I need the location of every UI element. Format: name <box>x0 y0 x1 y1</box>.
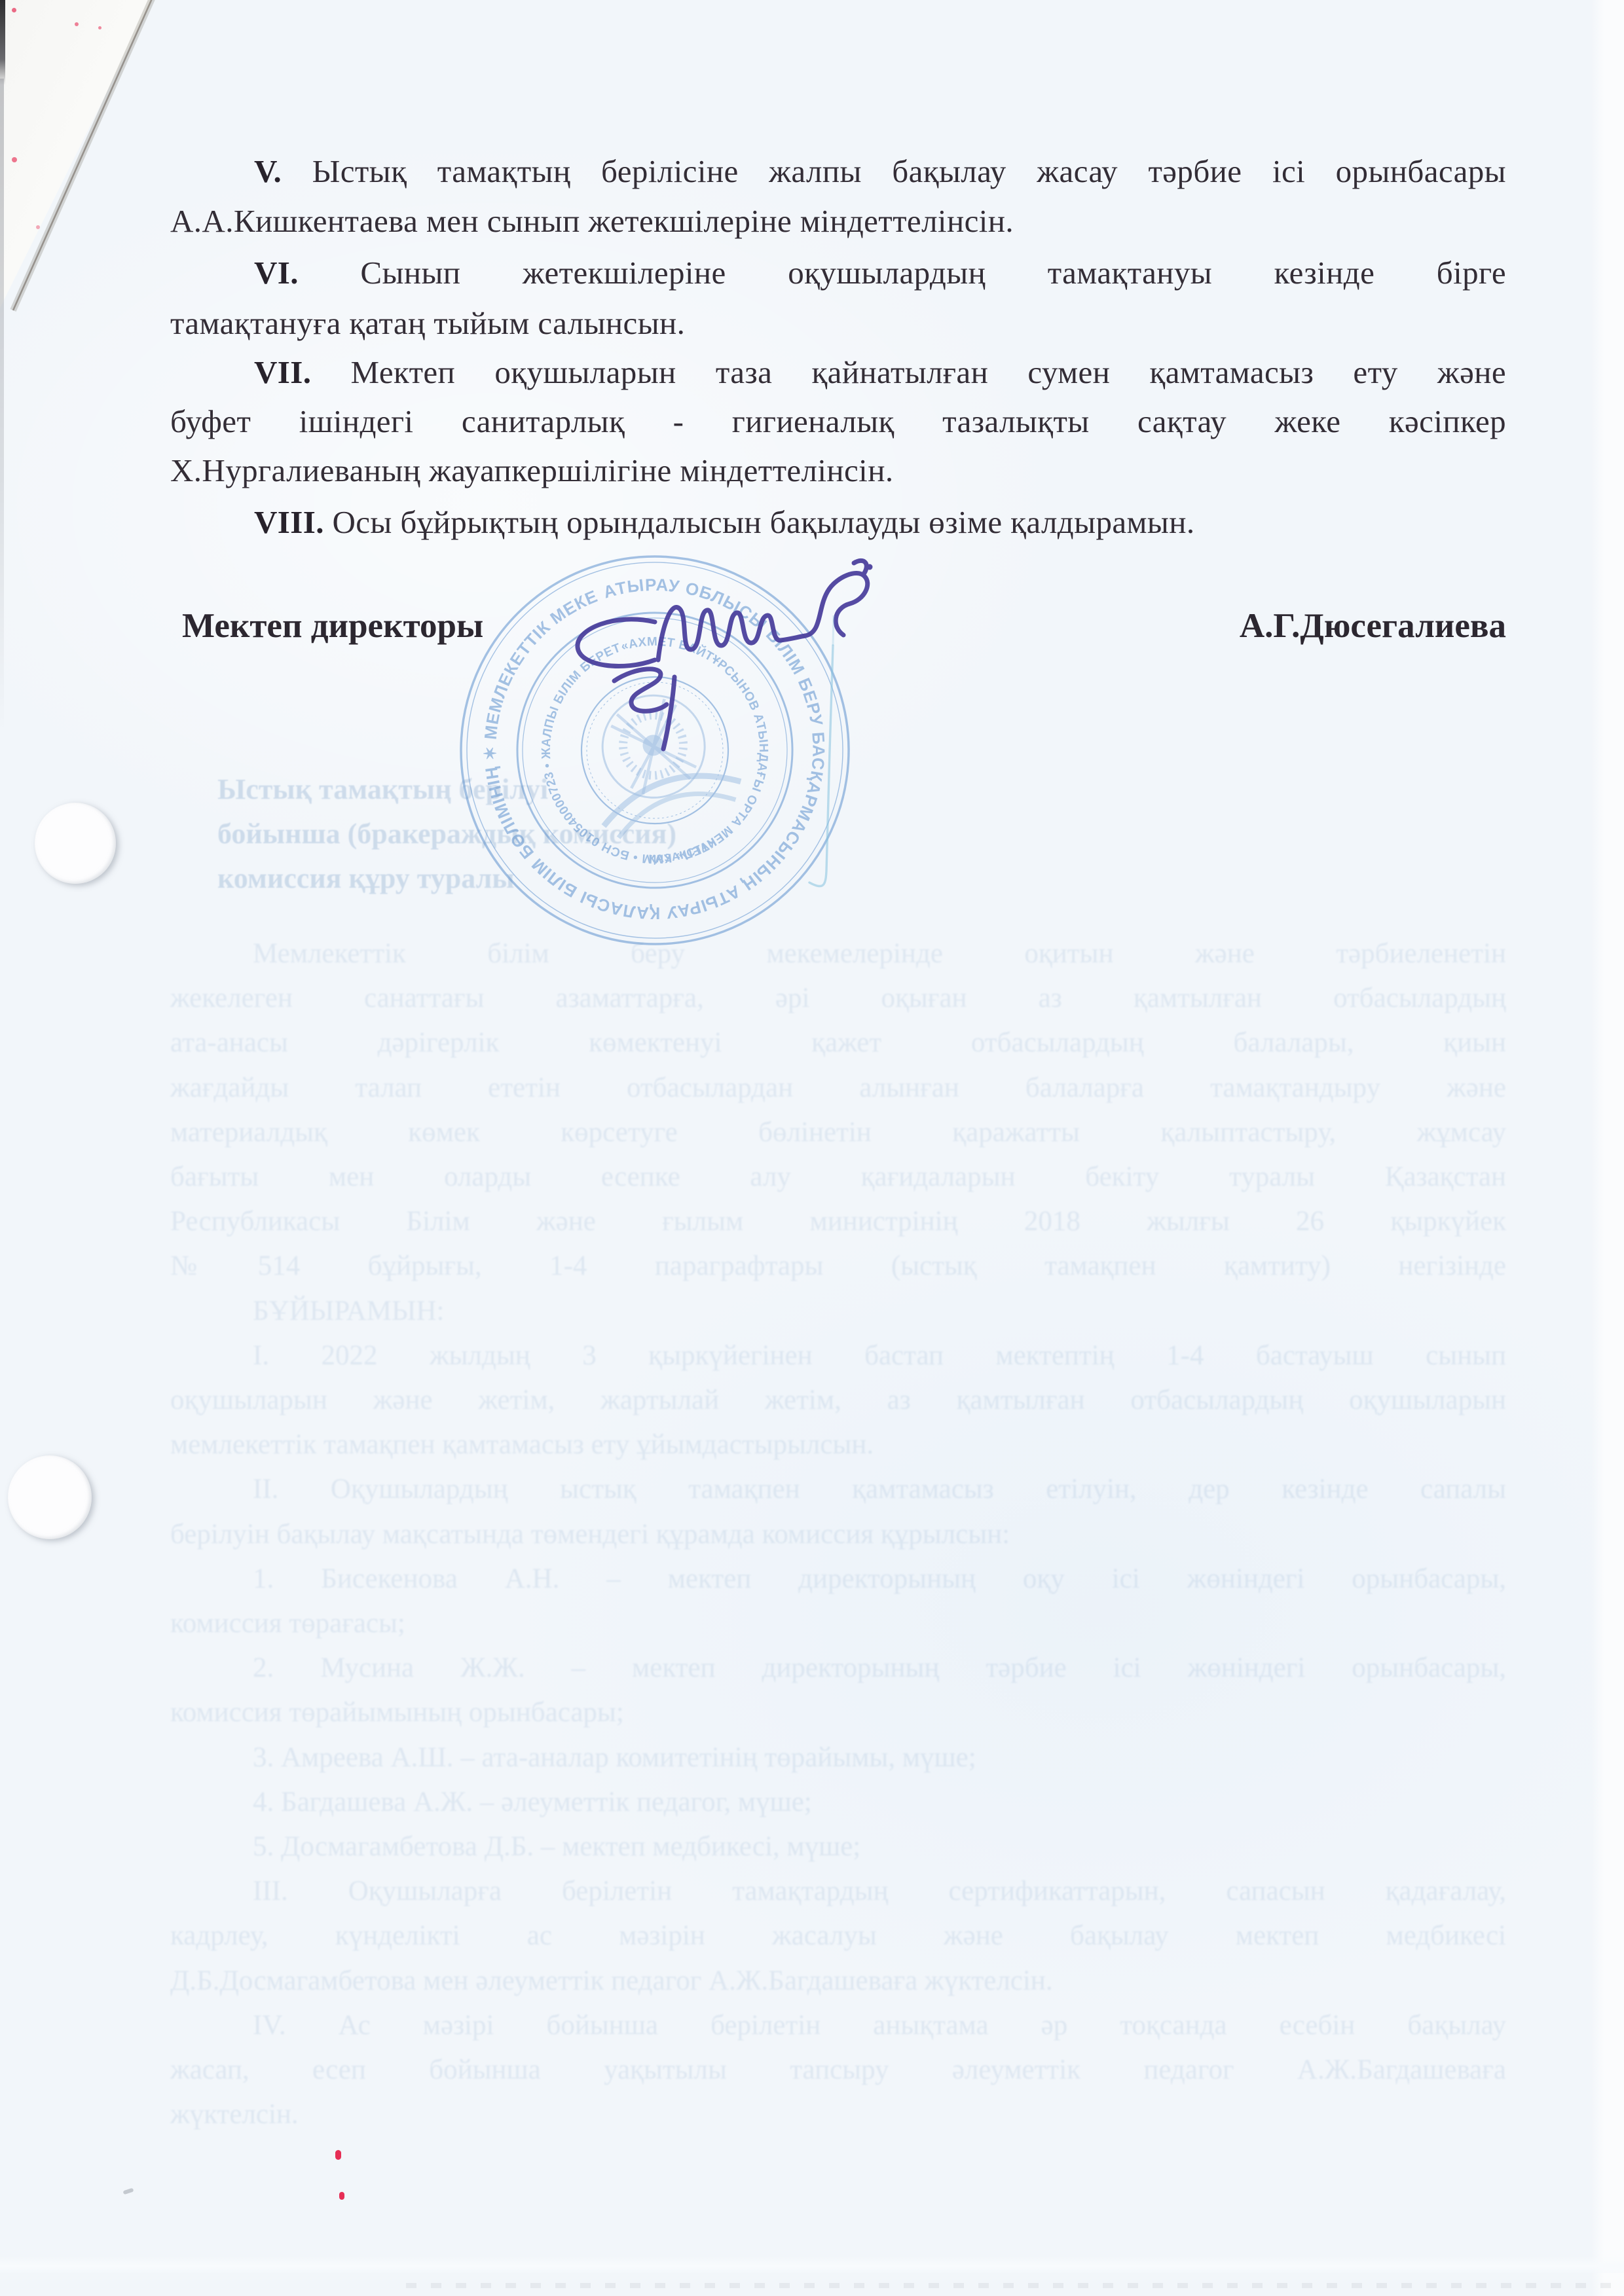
red-ink-speck <box>75 22 79 26</box>
order-text-line: VII. Мектеп оқушыларын таза қайнатылған … <box>170 353 1506 392</box>
ghost-text-line: 4. Багдашева А.Ж. – әлеуметтік педагог, … <box>170 1785 1506 1820</box>
ghost-text-line: берілуін бақылау мақсатында төмендегі құ… <box>170 1517 1506 1552</box>
director-name: А.Г.Дюсегалиева <box>1240 606 1506 646</box>
red-ink-mark <box>339 2192 344 2200</box>
scanned-document-page: V. Ыстық тамақтың берілісіне жалпы бақыл… <box>0 0 1624 2296</box>
ghost-heading-line: Ыстық тамақтың берілуі <box>217 773 1036 806</box>
scan-bottom-speckle <box>406 2283 1624 2288</box>
ghost-text-line: БҰЙЫРАМЫН: <box>170 1294 1506 1329</box>
ghost-text-line: I. 2022 жылдың 3 қыркүйегінен бастап мек… <box>170 1338 1506 1374</box>
ghost-text-line: №514 бұйрығы, 1-4 параграфтары (ыстық та… <box>170 1248 1506 1284</box>
ghost-heading-line: бойынша (бракераждық комиссия) <box>217 817 1036 850</box>
pen-line-upper <box>833 615 834 646</box>
ghost-text-line: комиссия төрайымының орынбасары; <box>170 1695 1506 1730</box>
fold-crease-line <box>0 0 196 340</box>
ghost-text-line: IV. Ас мәзірі бойынша берілетін анықтама… <box>170 2008 1506 2043</box>
ghost-text-line: III. Оқушыларға берілетін тамақтардың се… <box>170 1874 1506 1909</box>
ghost-text-line: Республикасы Білім және ғылым министріні… <box>170 1204 1506 1239</box>
ghost-text-line: 2. Мусина Ж.Ж. – мектеп директорының тәр… <box>170 1650 1506 1686</box>
ghost-text-line: ата-анасы дәрігерлік көмектенуі қажет от… <box>170 1025 1506 1061</box>
red-ink-speck <box>12 8 16 12</box>
order-text-line: Х.Нургалиеваның жауапкершілігіне міндетт… <box>170 451 1506 490</box>
signature-lower-z <box>614 669 667 711</box>
order-text-line: А.А.Кишкентаева мен сынып жетекшілеріне … <box>170 202 1506 241</box>
ghost-text-line: мемлекеттік тамақпен қамтамасыз ету ұйым… <box>170 1427 1506 1463</box>
red-ink-speck <box>36 225 40 229</box>
ghost-text-line: материалдық көмек көрсетуге бөлінетін қа… <box>170 1115 1506 1150</box>
ghost-text-line: комиссия төрағасы; <box>170 1606 1506 1641</box>
red-ink-mark <box>335 2150 341 2160</box>
signature-ink-dot <box>867 564 873 570</box>
ghost-text-line: жағдайды талап ететін отбасылардан алынғ… <box>170 1070 1506 1106</box>
signature-open-loop <box>578 619 655 666</box>
stray-pen-line <box>786 602 864 903</box>
ghost-text-line: 3. Амреева А.Ш. – ата-аналар комитетінің… <box>170 1740 1506 1776</box>
scan-edge-left-dark <box>0 0 5 85</box>
order-text-line: VIII. Осы бұйрықтың орындалысын бақылауд… <box>170 503 1506 542</box>
ghost-text-line: оқушыларын және жетім, жартылай жетім, а… <box>170 1383 1506 1418</box>
scan-edge-right <box>1591 0 1624 2296</box>
ghost-text-line: кадрлеу, күнделікті ас мәзірін жасалуы ж… <box>170 1918 1506 1954</box>
ghost-heading-line: комиссия құру туралы <box>217 862 1036 895</box>
director-title: Мектеп директоры <box>182 607 483 645</box>
red-ink-speck <box>12 157 17 162</box>
signature-scrawl <box>658 607 805 660</box>
punch-hole-top <box>35 803 116 884</box>
ghost-text-line: Мемлекеттік білім беру мекемелерінде оқи… <box>170 936 1506 972</box>
order-text-line: буфет ішіндегі санитарлық - гигиеналық т… <box>170 402 1506 441</box>
order-text-line: V. Ыстық тамақтың берілісіне жалпы бақыл… <box>170 152 1506 191</box>
scan-edge-left-gray <box>0 79 4 733</box>
signature-lower-stroke <box>663 677 674 749</box>
ghost-text-line: жекелеген санаттағы азаматтарға, әрі оқы… <box>170 981 1506 1016</box>
order-text-line: VI. Сынып жетекшілеріне оқушылардың тама… <box>170 253 1506 293</box>
gray-speck <box>122 2188 134 2195</box>
ghost-text-line: бағыты мен оларды есепке алу қағидаларын… <box>170 1159 1506 1195</box>
scan-edge-bottom <box>0 2256 1624 2273</box>
ghost-text-line: Д.Б.Досмагамбетова мен әлеуметтік педаго… <box>170 1963 1506 1999</box>
ghost-text-line: 1. Бисекенова А.Н. – мектеп директорының… <box>170 1561 1506 1597</box>
ghost-text-line: II. Оқушылардың ыстық тамақпен қамтамасы… <box>170 1472 1506 1507</box>
punch-hole-bottom <box>8 1455 92 1539</box>
red-ink-speck <box>98 26 101 29</box>
ghost-text-line: 5. Досмагамбетова Д.Б. – мектеп медбикес… <box>170 1829 1506 1865</box>
ghost-text-line: жүктелсін. <box>170 2097 1506 2132</box>
ghost-text-line: жасап, есеп бойынша уақытылы тапсыру әле… <box>170 2052 1506 2088</box>
order-text-line: тамақтануға қатаң тыйым салынсын. <box>170 304 1506 343</box>
